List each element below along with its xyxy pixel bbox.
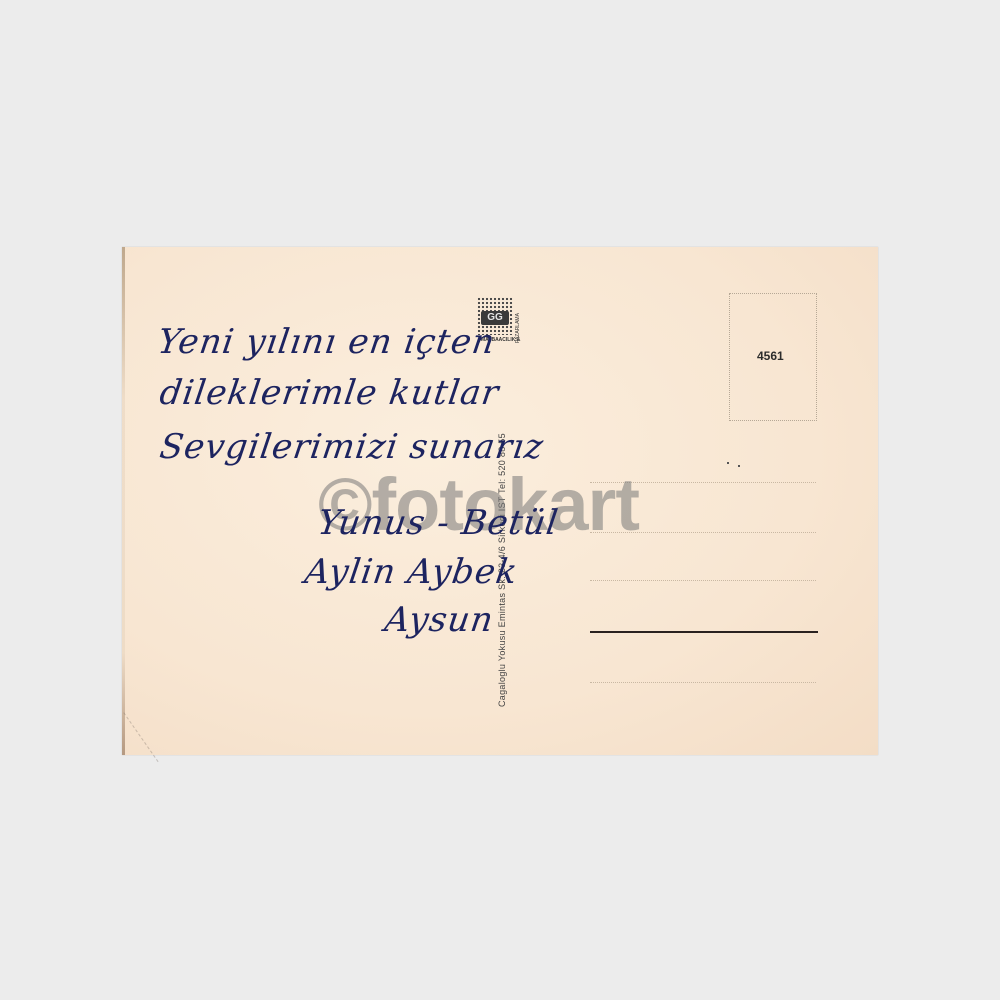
signature-line-2: Aylin Aybek — [302, 552, 520, 592]
message-line-3: Sevgilerimizi sunarız — [157, 427, 546, 467]
stamp-box-number: 4561 — [757, 349, 784, 363]
signature-line-3: Aysun — [382, 600, 496, 640]
address-line — [590, 580, 816, 581]
ink-dot — [738, 465, 740, 467]
signature-line-1: Yunus - Betül — [315, 503, 561, 543]
address-line — [590, 682, 816, 683]
message-line-2: dileklerimle kutlar — [157, 373, 502, 413]
ink-dot — [727, 462, 729, 464]
message-line-1: Yeni yılını en içten — [155, 322, 498, 362]
address-line-solid — [590, 631, 818, 633]
